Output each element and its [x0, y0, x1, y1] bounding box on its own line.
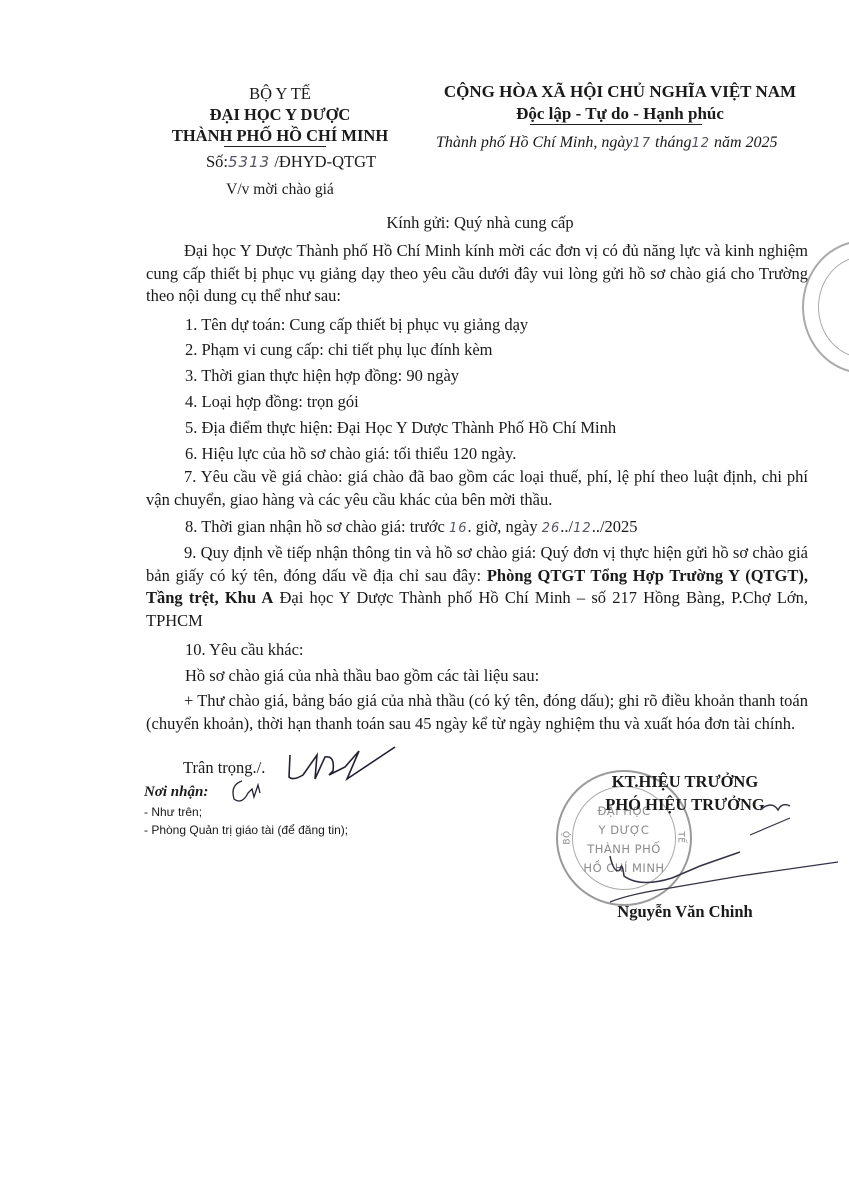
deadline-hour-handwritten: 16 — [449, 521, 468, 536]
motto-underline — [530, 124, 702, 125]
national-motto: Độc lập - Tự do - Hạnh phúc — [420, 104, 820, 124]
recipient-item: - Như trên; — [144, 805, 202, 819]
date-month-handwritten: 12 — [691, 136, 710, 151]
deadline-day-handwritten: 26 — [542, 521, 561, 536]
recipient-item: - Phòng Quản trị giáo tài (để đăng tin); — [144, 823, 348, 837]
ministry-name: BỘ Y TẾ — [140, 84, 420, 104]
partial-seal-right-edge — [802, 240, 849, 374]
deadline-mid: . giờ, ngày — [467, 517, 541, 536]
date-day-handwritten: 17 — [632, 136, 651, 151]
list-item: 3. Thời gian thực hiện hợp đồng: 90 ngày — [185, 366, 459, 386]
intro-paragraph: Đại học Y Dược Thành phố Hồ Chí Minh kín… — [146, 240, 808, 308]
partial-seal-inner-ring — [818, 256, 849, 358]
document-number-handwritten: 5313 — [228, 153, 270, 171]
date-year: năm 2025 — [710, 134, 778, 151]
document-number-suffix: /ĐHYD-QTGT — [270, 152, 376, 171]
document-number: Số:5313 /ĐHYD-QTGT — [206, 152, 376, 172]
document-date: Thành phố Hồ Chí Minh, ngày17 tháng12 nă… — [436, 134, 778, 152]
recipient-line: Kính gửi: Quý nhà cung cấp — [140, 212, 820, 235]
list-item: 6. Hiệu lực của hồ sơ chào giá: tối thiể… — [185, 444, 516, 464]
nation-title: CỘNG HÒA XÃ HỘI CHỦ NGHĨA VIỆT NAM — [420, 82, 820, 102]
deadline-sep: ../ — [560, 517, 573, 536]
list-item-other-requirements: 10. Yêu cầu khác: — [185, 640, 304, 660]
list-item-submission-deadline: 8. Thời gian nhận hồ sơ chào giá: trước … — [185, 517, 638, 537]
date-month-label: tháng — [651, 134, 691, 151]
document-number-prefix: Số: — [206, 152, 228, 171]
handwritten-signature-icon — [600, 790, 849, 920]
list-item: 1. Tên dự toán: Cung cấp thiết bị phục v… — [185, 315, 528, 335]
small-signature-icon — [228, 775, 268, 807]
list-item: 2. Phạm vi cung cấp: chi tiết phụ lục đí… — [185, 340, 492, 360]
required-document-item: + Thư chào giá, bảng báo giá của nhà thầ… — [146, 690, 808, 735]
required-documents-intro: Hồ sơ chào giá của nhà thầu bao gồm các … — [185, 666, 539, 686]
initials-signature-icon — [285, 745, 405, 785]
signatory-name: Nguyễn Văn Chinh — [560, 902, 810, 922]
deadline-suffix: ../2025 — [592, 517, 638, 536]
recipients-title: Nơi nhận: — [144, 784, 208, 801]
list-item: 4. Loại hợp đồng: trọn gói — [185, 392, 359, 412]
document-subject: V/v mời chào giá — [140, 181, 420, 199]
list-item: 5. Địa điểm thực hiện: Đại Học Y Dược Th… — [185, 418, 616, 438]
signature-title-line1: KT.HIỆU TRƯỞNG — [560, 772, 810, 792]
university-name-line1: ĐẠI HỌC Y DƯỢC — [140, 105, 420, 125]
header-left-underline — [224, 146, 326, 147]
list-item-submission-rules: 9. Quy định về tiếp nhận thông tin và hồ… — [146, 542, 808, 632]
date-prefix: Thành phố Hồ Chí Minh, ngày — [436, 134, 632, 151]
university-name-line2: THÀNH PHỐ HỒ CHÍ MINH — [140, 126, 420, 146]
list-item-price-requirements: 7. Yêu cầu về giá chào: giá chào đã bao … — [146, 466, 808, 511]
deadline-prefix: 8. Thời gian nhận hồ sơ chào giá: trước — [185, 517, 449, 536]
deadline-month-handwritten: 12 — [573, 521, 592, 536]
